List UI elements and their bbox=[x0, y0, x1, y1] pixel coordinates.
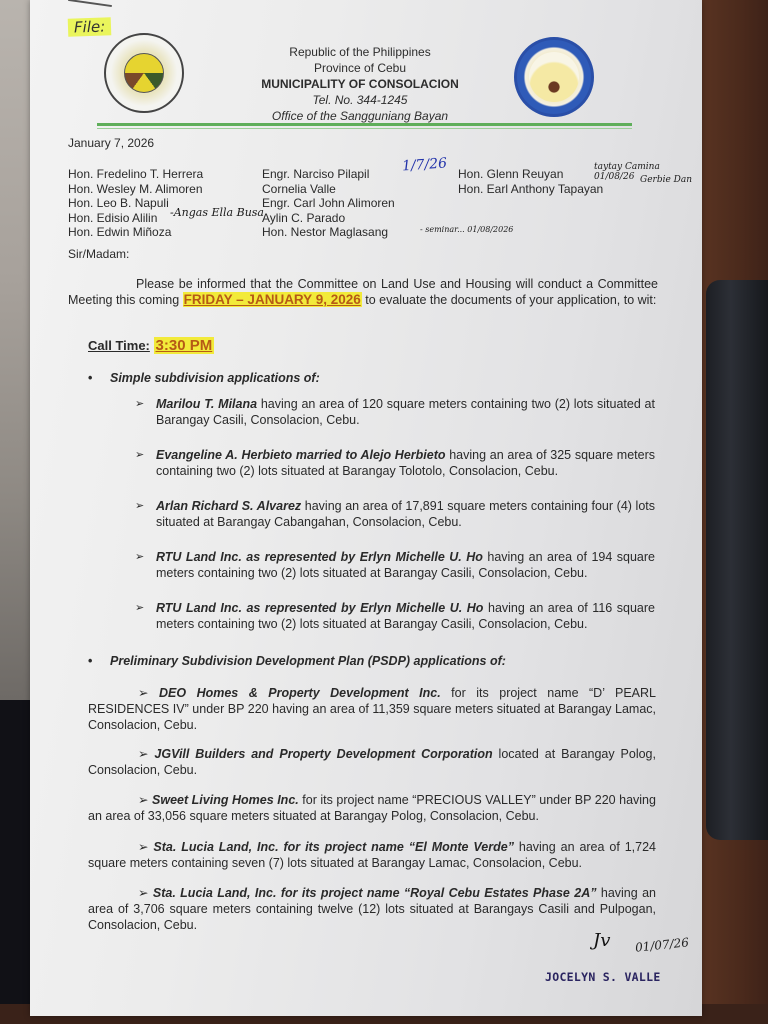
list-item: ➢ JGVill Builders and Property Developme… bbox=[88, 746, 656, 778]
addressee: Engr. Carl John Alimoren bbox=[262, 196, 395, 211]
applicant-name: Sta. Lucia Land, Inc. for its project na… bbox=[153, 886, 597, 900]
addressee-column-1: Hon. Fredelino T. Herrera Hon. Wesley M.… bbox=[68, 167, 203, 240]
list-item: ➢RTU Land Inc. as represented by Erlyn M… bbox=[135, 600, 655, 632]
document-page: File: Republic of the Philippines Provin… bbox=[30, 0, 702, 1016]
section-heading-text: Simple subdivision applications of: bbox=[110, 371, 320, 385]
addressee: Hon. Earl Anthony Tapayan bbox=[458, 182, 603, 197]
addressee-column-2: Engr. Narciso Pilapil Cornelia Valle Eng… bbox=[262, 167, 395, 240]
arrow-bullet-icon: ➢ bbox=[138, 793, 148, 807]
section-heading-text: Preliminary Subdivision Development Plan… bbox=[110, 654, 506, 668]
list-item: ➢ Sta. Lucia Land, Inc. for its project … bbox=[88, 839, 656, 871]
handwritten-received-date: 1/7/26 bbox=[401, 155, 447, 174]
background-device bbox=[706, 280, 768, 840]
signature-date: 01/07/26 bbox=[634, 935, 689, 955]
arrow-bullet-icon: ➢ bbox=[135, 600, 144, 616]
signature-scrawl: Jv bbox=[593, 930, 610, 951]
letterhead-office: Office of the Sangguniang Bayan bbox=[210, 108, 510, 124]
applicant-name: RTU Land Inc. as represented by Erlyn Mi… bbox=[156, 550, 483, 564]
file-note-highlight: File: bbox=[68, 17, 112, 36]
bullet-icon: • bbox=[88, 654, 110, 668]
meeting-date-highlight: FRIDAY – JANUARY 9, 2026 bbox=[183, 292, 362, 307]
section-heading-simple-subdivision: •Simple subdivision applications of: bbox=[88, 371, 320, 385]
staple-mark bbox=[68, 0, 112, 7]
applicant-name: Sweet Living Homes Inc. bbox=[152, 793, 299, 807]
letterhead-republic: Republic of the Philippines bbox=[210, 44, 510, 60]
addressee-column-3: Hon. Glenn Reuyan Hon. Earl Anthony Tapa… bbox=[458, 167, 603, 196]
list-item: ➢ Sta. Lucia Land, Inc. for its project … bbox=[88, 885, 656, 933]
applicant-name: JGVill Builders and Property Development… bbox=[154, 747, 492, 761]
arrow-bullet-icon: ➢ bbox=[138, 686, 148, 700]
addressee: Aylin C. Parado bbox=[262, 211, 395, 226]
addressee: Cornelia Valle bbox=[262, 182, 395, 197]
letterhead-telephone: Tel. No. 344-1245 bbox=[210, 92, 510, 108]
list-item: ➢Arlan Richard S. Alvarez having an area… bbox=[135, 498, 655, 530]
list-item: ➢Marilou T. Milana having an area of 120… bbox=[135, 396, 655, 428]
arrow-bullet-icon: ➢ bbox=[135, 447, 144, 463]
arrow-bullet-icon: ➢ bbox=[138, 840, 148, 854]
intro-text-end: to evaluate the documents of your applic… bbox=[365, 293, 656, 307]
applicant-name: DEO Homes & Property Development Inc. bbox=[159, 686, 441, 700]
letterhead: Republic of the Philippines Province of … bbox=[210, 44, 510, 124]
letter-date: January 7, 2026 bbox=[68, 136, 154, 150]
arrow-bullet-icon: ➢ bbox=[135, 498, 144, 514]
call-time-value: 3:30 PM bbox=[154, 337, 215, 354]
handwritten-note: -Angas Ella Busa bbox=[170, 206, 264, 219]
handwritten-note: Gerbie Dan bbox=[640, 175, 692, 185]
bullet-icon: • bbox=[88, 371, 110, 385]
signatory-name-stamp: JOCELYN S. VALLE bbox=[545, 970, 661, 984]
arrow-bullet-icon: ➢ bbox=[135, 396, 144, 412]
call-time-label: Call Time: bbox=[88, 338, 150, 353]
applicant-name: Evangeline A. Herbieto married to Alejo … bbox=[156, 448, 446, 462]
letterhead-municipality: MUNICIPALITY OF CONSOLACION bbox=[210, 76, 510, 92]
addressee: Engr. Narciso Pilapil bbox=[262, 167, 395, 182]
arrow-bullet-icon: ➢ bbox=[135, 549, 144, 565]
addressee: Hon. Wesley M. Alimoren bbox=[68, 182, 203, 197]
list-item: ➢RTU Land Inc. as represented by Erlyn M… bbox=[135, 549, 655, 581]
addressee: Hon. Nestor Maglasang bbox=[262, 225, 395, 240]
letterhead-province: Province of Cebu bbox=[210, 60, 510, 76]
call-time: Call Time: 3:30 PM bbox=[88, 337, 214, 354]
addressee: Hon. Glenn Reuyan bbox=[458, 167, 603, 182]
section-heading-psdp: •Preliminary Subdivision Development Pla… bbox=[88, 654, 506, 668]
applicant-name: Arlan Richard S. Alvarez bbox=[156, 499, 301, 513]
salutation: Sir/Madam: bbox=[68, 247, 129, 261]
arrow-bullet-icon: ➢ bbox=[138, 886, 148, 900]
list-item: ➢ Sweet Living Homes Inc. for its projec… bbox=[88, 792, 656, 824]
list-item: ➢ DEO Homes & Property Development Inc. … bbox=[88, 685, 656, 733]
municipality-seal-icon bbox=[104, 33, 184, 113]
list-item: ➢Evangeline A. Herbieto married to Alejo… bbox=[135, 447, 655, 479]
addressee: Hon. Fredelino T. Herrera bbox=[68, 167, 203, 182]
applicant-name: RTU Land Inc. as represented by Erlyn Mi… bbox=[156, 601, 483, 615]
addressee: Hon. Edwin Miñoza bbox=[68, 225, 203, 240]
letterhead-divider bbox=[97, 123, 632, 129]
handwritten-note: - seminar... 01/08/2026 bbox=[420, 225, 513, 234]
applicant-name: Marilou T. Milana bbox=[156, 397, 257, 411]
sangguniang-bayan-seal-icon bbox=[514, 37, 594, 117]
arrow-bullet-icon: ➢ bbox=[138, 747, 148, 761]
intro-paragraph: Please be informed that the Committee on… bbox=[68, 276, 658, 308]
applicant-name: Sta. Lucia Land, Inc. for its project na… bbox=[153, 840, 514, 854]
